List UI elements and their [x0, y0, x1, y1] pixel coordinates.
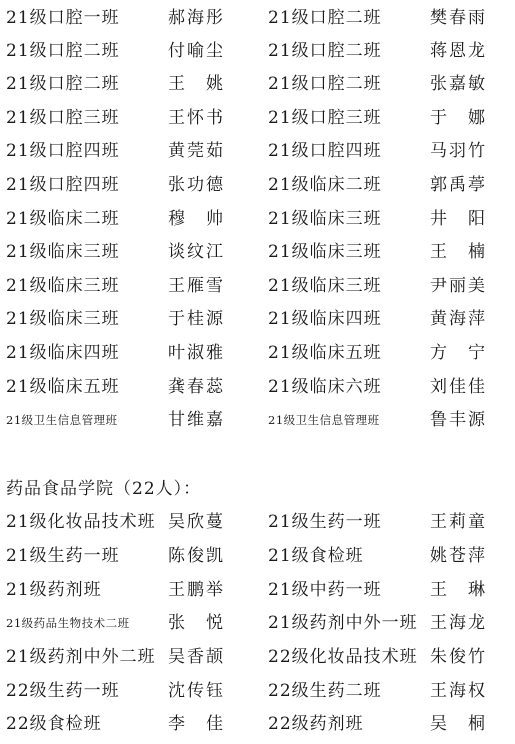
- student-name: 王 琳: [430, 573, 487, 607]
- roster-row: 21级药剂班 王鹏举 21级中药一班 王 琳: [0, 573, 515, 607]
- student-name: 王 姚: [168, 67, 225, 101]
- class-name: 22级药剂班: [268, 707, 364, 741]
- class-name: 22级生药一班: [6, 674, 120, 708]
- student-name: 甘维嘉: [168, 403, 225, 437]
- class-name: 21级临床三班: [6, 269, 120, 303]
- roster-row: 21级卫生信息管理班 甘维嘉 21级卫生信息管理班 鲁丰源: [0, 403, 515, 437]
- class-name: 21级临床四班: [268, 302, 382, 336]
- class-name: 21级临床二班: [268, 168, 382, 202]
- student-name: 鲁丰源: [430, 403, 487, 437]
- student-name: 姚苍萍: [430, 539, 487, 573]
- class-name: 21级临床六班: [268, 370, 382, 404]
- class-name: 21级临床三班: [268, 235, 382, 269]
- roster-row: 21级药品生物技术二班 张 悦 21级药剂中外一班 王海龙: [0, 606, 515, 640]
- class-name: 21级口腔四班: [268, 134, 382, 168]
- class-name: 21级药品生物技术二班: [6, 606, 130, 640]
- roster-row: 21级口腔四班 黄莞茹 21级口腔四班 马羽竹: [0, 134, 515, 168]
- roster-row: 21级临床三班 于桂源 21级临床四班 黄海萍: [0, 302, 515, 336]
- class-name: 21级口腔四班: [6, 134, 120, 168]
- student-name: 王怀书: [168, 101, 225, 135]
- class-name: 21级口腔二班: [268, 1, 382, 35]
- student-name: 黄海萍: [430, 302, 487, 336]
- class-name: 21级临床二班: [6, 202, 120, 236]
- class-name: 21级口腔二班: [6, 67, 120, 101]
- roster-row: 21级临床三班 王雁雪 21级临床三班 尹丽美: [0, 269, 515, 303]
- class-name: 21级口腔三班: [6, 101, 120, 135]
- roster-row: 22级生药一班 沈传钰 22级生药二班 王海权: [0, 674, 515, 708]
- class-name: 21级化妆品技术班: [6, 505, 156, 539]
- class-name: 21级临床五班: [268, 336, 382, 370]
- student-name: 王海权: [430, 674, 487, 708]
- student-name: 陈俊凯: [168, 539, 225, 573]
- class-name: 21级药剂中外二班: [6, 640, 156, 674]
- student-name: 王海龙: [430, 606, 487, 640]
- student-name: 于桂源: [168, 302, 225, 336]
- student-name: 刘佳佳: [430, 370, 487, 404]
- student-name: 井 阳: [430, 202, 487, 236]
- student-name: 方 宁: [430, 336, 487, 370]
- student-name: 吴欣蔓: [168, 505, 225, 539]
- section-heading: 药品食品学院（22人）：: [6, 472, 201, 506]
- roster-row: 21级口腔二班 王 姚 21级口腔二班 张嘉敏: [0, 67, 515, 101]
- class-name: 21级口腔二班: [268, 67, 382, 101]
- class-name: 21级食检班: [268, 539, 364, 573]
- student-name: 穆 帅: [168, 202, 225, 236]
- student-name: 张嘉敏: [430, 67, 487, 101]
- student-name: 李 佳: [168, 707, 225, 741]
- student-name: 付喻尘: [168, 34, 225, 68]
- class-name: 21级药剂班: [6, 573, 102, 607]
- student-name: 吴香颉: [168, 640, 225, 674]
- roster-row: 21级临床四班 叶淑雅 21级临床五班 方 宁: [0, 336, 515, 370]
- roster-row: 22级食检班 李 佳 22级药剂班 吴 桐: [0, 707, 515, 741]
- class-name: 21级药剂中外一班: [268, 606, 418, 640]
- roster-row: 21级药剂中外二班 吴香颉 22级化妆品技术班 朱俊竹: [0, 640, 515, 674]
- class-name: 21级中药一班: [268, 573, 382, 607]
- student-name: 沈传钰: [168, 674, 225, 708]
- student-name: 马羽竹: [430, 134, 487, 168]
- roster-row: 21级口腔四班 张功德 21级临床二班 郭禹葶: [0, 168, 515, 202]
- student-name: 蒋恩龙: [430, 34, 487, 68]
- award-roster-page: 21级口腔一班 郝海彤 21级口腔二班 樊春雨 21级口腔二班 付喻尘 21级口…: [0, 0, 515, 744]
- class-name: 21级临床三班: [268, 202, 382, 236]
- class-name: 21级临床五班: [6, 370, 120, 404]
- student-name: 叶淑雅: [168, 336, 225, 370]
- roster-row: 21级生药一班 陈俊凯 21级食检班 姚苍萍: [0, 539, 515, 573]
- class-name: 21级临床三班: [268, 269, 382, 303]
- roster-row: 21级临床二班 穆 帅 21级临床三班 井 阳: [0, 202, 515, 236]
- class-name: 22级化妆品技术班: [268, 640, 418, 674]
- class-name: 21级口腔三班: [268, 101, 382, 135]
- roster-row: 21级化妆品技术班 吴欣蔓 21级生药一班 王莉童: [0, 505, 515, 539]
- class-name: 21级临床四班: [6, 336, 120, 370]
- student-name: 吴 桐: [430, 707, 487, 741]
- roster-row: 21级口腔二班 付喻尘 21级口腔二班 蒋恩龙: [0, 34, 515, 68]
- student-name: 王鹏举: [168, 573, 225, 607]
- student-name: 黄莞茹: [168, 134, 225, 168]
- class-name: 21级卫生信息管理班: [6, 403, 118, 437]
- class-name: 21级临床三班: [6, 302, 120, 336]
- class-name: 21级口腔二班: [6, 34, 120, 68]
- roster-row: 21级口腔一班 郝海彤 21级口腔二班 樊春雨: [0, 1, 515, 35]
- student-name: 朱俊竹: [430, 640, 487, 674]
- student-name: 张功德: [168, 168, 225, 202]
- roster-row: 21级口腔三班 王怀书 21级口腔三班 于 娜: [0, 101, 515, 135]
- roster-row: 21级临床三班 谈纹江 21级临床三班 王 楠: [0, 235, 515, 269]
- class-name: 22级食检班: [6, 707, 102, 741]
- student-name: 龚春蕊: [168, 370, 225, 404]
- student-name: 于 娜: [430, 101, 487, 135]
- student-name: 樊春雨: [430, 1, 487, 35]
- student-name: 郝海彤: [168, 1, 225, 35]
- student-name: 郭禹葶: [430, 168, 487, 202]
- class-name: 22级生药二班: [268, 674, 382, 708]
- class-name: 21级临床三班: [6, 235, 120, 269]
- class-name: 21级卫生信息管理班: [268, 403, 380, 437]
- roster-row: 21级临床五班 龚春蕊 21级临床六班 刘佳佳: [0, 370, 515, 404]
- class-name: 21级口腔二班: [268, 34, 382, 68]
- student-name: 王雁雪: [168, 269, 225, 303]
- student-name: 尹丽美: [430, 269, 487, 303]
- student-name: 王 楠: [430, 235, 487, 269]
- class-name: 21级生药一班: [6, 539, 120, 573]
- class-name: 21级口腔四班: [6, 168, 120, 202]
- class-name: 21级生药一班: [268, 505, 382, 539]
- student-name: 谈纹江: [168, 235, 225, 269]
- class-name: 21级口腔一班: [6, 1, 120, 35]
- student-name: 王莉童: [430, 505, 487, 539]
- student-name: 张 悦: [168, 606, 225, 640]
